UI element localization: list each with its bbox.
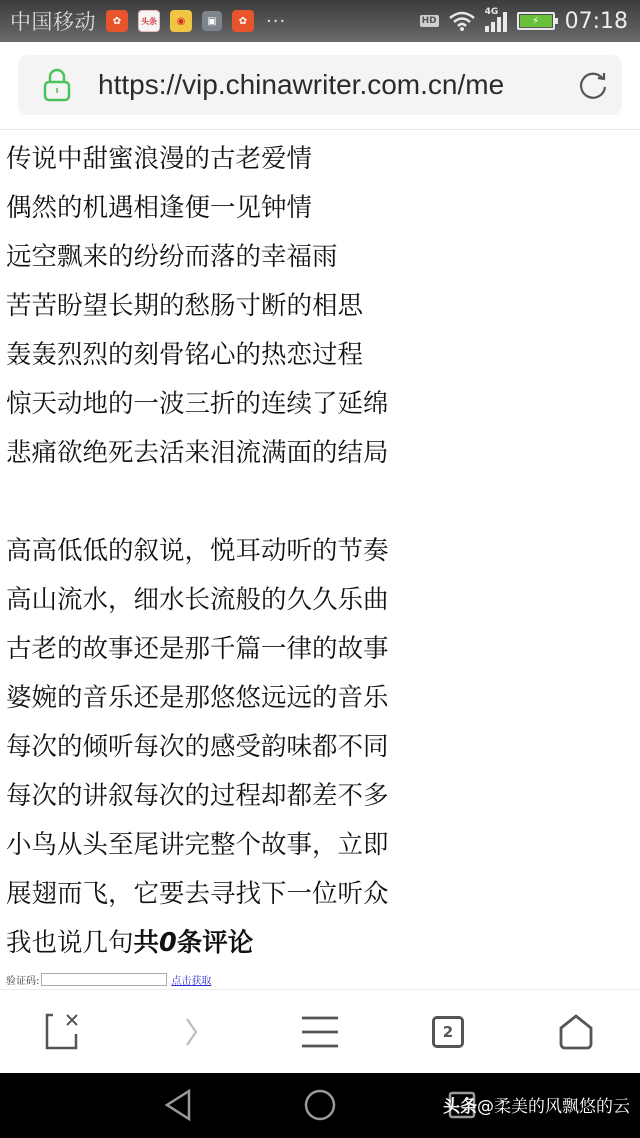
- poem-line: 轰轰烈烈的刻骨铭心的热恋过程: [0, 331, 640, 380]
- home-nav-button[interactable]: [300, 1085, 340, 1125]
- notification-icons: ✿ 头条 ◉ ▣ ✿ ···: [106, 10, 286, 32]
- carrier-name: 中国移动: [10, 6, 96, 36]
- tabs-button[interactable]: 2: [416, 1000, 480, 1064]
- uc-browser-icon: ✿: [232, 10, 254, 32]
- uc-browser-icon: ✿: [106, 10, 128, 32]
- close-page-button[interactable]: [32, 1000, 96, 1064]
- poem-line: 展翅而飞，它要去寻找下一位听众: [0, 870, 640, 919]
- wifi-icon: [449, 11, 475, 31]
- comment-header: 我也说几句共0条评论: [0, 919, 640, 968]
- battery-icon: ⚡: [517, 12, 555, 30]
- chevron-right-icon: [182, 1016, 202, 1048]
- back-triangle-icon: [163, 1088, 193, 1122]
- poem-line: 惊天动地的一波三折的连续了延绵: [0, 380, 640, 429]
- address-bar[interactable]: https://vip.chinawriter.com.cn/me: [18, 55, 622, 115]
- poem-line: 每次的讲叙每次的过程却都差不多: [0, 772, 640, 821]
- home-button[interactable]: [544, 1000, 608, 1064]
- hamburger-menu-icon: [300, 1015, 340, 1049]
- browser-address-area: https://vip.chinawriter.com.cn/me: [0, 42, 640, 130]
- article-content: 传说中甜蜜浪漫的古老爱情 偶然的机遇相逢便一见钟情 远空飘来的纷纷而落的幸福雨 …: [0, 131, 640, 989]
- charging-bolt-icon: ⚡: [520, 15, 552, 27]
- home-icon: [558, 1014, 594, 1050]
- forward-button[interactable]: [160, 1000, 224, 1064]
- stanza-divider: [0, 478, 640, 527]
- system-navigation-bar: 头条@柔美的风飘悠的云: [0, 1073, 640, 1138]
- get-captcha-link[interactable]: 点击获取: [171, 972, 211, 987]
- comment-count: 0: [159, 928, 177, 958]
- poem-line: 远空飘来的纷纷而落的幸福雨: [0, 233, 640, 282]
- comment-count-label: 共0条评论: [134, 928, 254, 958]
- browser-toolbar: 2: [0, 989, 640, 1073]
- poem-line: 高高低低的叙说，悦耳动听的节奏: [0, 527, 640, 576]
- close-page-icon: [44, 1012, 84, 1052]
- watermark-brand: 头条: [443, 1097, 477, 1117]
- poem-line: 每次的倾听每次的感受韵味都不同: [0, 723, 640, 772]
- toutiao-icon: 头条: [138, 10, 160, 32]
- poem-line: 婆婉的音乐还是那悠悠远远的音乐: [0, 674, 640, 723]
- cellular-signal-icon: 4G: [485, 10, 507, 32]
- watermark-user: @柔美的风飘悠的云: [477, 1097, 630, 1117]
- url-text[interactable]: https://vip.chinawriter.com.cn/me: [98, 69, 558, 101]
- captcha-input[interactable]: [41, 973, 167, 986]
- status-bar: 中国移动 ✿ 头条 ◉ ▣ ✿ ··· HD 4G ⚡ 07:18: [0, 0, 640, 42]
- poem-line: 偶然的机遇相逢便一见钟情: [0, 184, 640, 233]
- captcha-label: 验证码:: [6, 972, 39, 987]
- comment-prompt: 我也说几句: [6, 928, 134, 958]
- gallery-icon: ▣: [202, 11, 222, 31]
- hd-voice-icon: HD: [420, 15, 439, 27]
- poem-line: 小鸟从头至尾讲完整个故事，立即: [0, 821, 640, 870]
- poem-line: 古老的故事还是那千篇一律的故事: [0, 625, 640, 674]
- poem-line: 传说中甜蜜浪漫的古老爱情: [0, 135, 640, 184]
- lock-icon: [42, 68, 72, 102]
- menu-button[interactable]: [288, 1000, 352, 1064]
- watermark: 头条@柔美的风飘悠的云: [443, 1092, 630, 1117]
- reload-icon[interactable]: [576, 68, 610, 102]
- home-circle-icon: [303, 1088, 337, 1122]
- poem-line: 高山流水，细水长流般的久久乐曲: [0, 576, 640, 625]
- network-type: 4G: [485, 7, 499, 17]
- tab-count-icon: 2: [432, 1016, 464, 1048]
- back-button[interactable]: [158, 1085, 198, 1125]
- poem-line: 悲痛欲绝死去活来泪流满面的结局: [0, 429, 640, 478]
- status-indicators: HD 4G ⚡ 07:18: [420, 9, 628, 34]
- captcha-row: 验证码: 点击获取: [0, 968, 640, 990]
- clock: 07:18: [565, 9, 628, 34]
- poem-line: 苦苦盼望长期的愁肠寸断的相思: [0, 282, 640, 331]
- weibo-icon: ◉: [170, 10, 192, 32]
- more-notifications-icon: ···: [266, 11, 286, 32]
